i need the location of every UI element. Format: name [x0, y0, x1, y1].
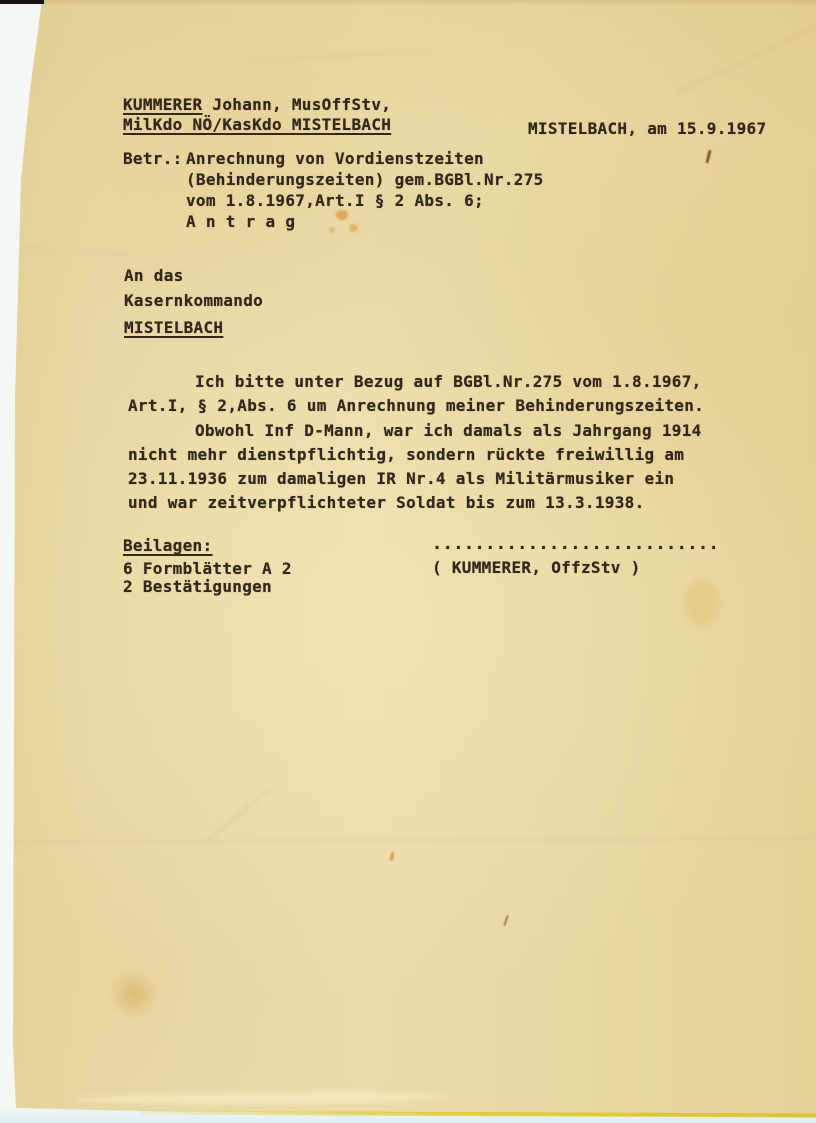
paper-crease: [250, 50, 430, 61]
recipient-line: Kasernkommando: [124, 291, 263, 311]
body-line: Art.I, § 2,Abs. 6 um Anrechnung meiner B…: [128, 396, 704, 416]
stain: [349, 224, 358, 232]
sender-line: KUMMERER Johann, MusOffStv,: [123, 95, 391, 115]
stain: [336, 210, 348, 220]
body-line: 23.11.1936 zum damaligen IR Nr.4 als Mil…: [128, 469, 674, 489]
paper-curl-highlight: [70, 1090, 450, 1105]
stain: [685, 580, 719, 626]
enclosure-item: 6 Formblätter A 2: [123, 559, 292, 579]
subject-line: Anrechnung von Vordienstzeiten: [186, 149, 484, 169]
stain: [329, 227, 335, 233]
subject-label: Betr.:: [123, 149, 183, 169]
subject-antrag-line: A n t r a g: [186, 212, 295, 232]
paper-crease: [204, 788, 270, 844]
enclosure-item: 2 Bestätigungen: [123, 577, 272, 597]
subject-line: vom 1.8.1967,Art.I § 2 Abs. 6;: [186, 191, 484, 211]
body-line: nicht mehr dienstpflichtig, sondern rück…: [128, 445, 684, 465]
recipient-place: MISTELBACH: [124, 318, 223, 338]
stain: [110, 968, 158, 1020]
enclosures-label: Beilagen:: [123, 536, 212, 556]
subject-line: (Behinderungszeiten) gem.BGBl.Nr.275: [186, 170, 544, 190]
pen-tick-mark: [705, 150, 711, 163]
sender-name-rest: Johann, MusOffStv,: [202, 95, 391, 114]
sender-surname: KUMMERER: [123, 95, 202, 114]
paper-crease: [0, 838, 816, 846]
signature-dotted-line: ...........................: [432, 534, 719, 554]
paper-crease: [678, 19, 816, 93]
body-line: Obwohl Inf D-Mann, war ich damals als Ja…: [195, 421, 702, 441]
paper-sheet: KUMMERER Johann, MusOffStv, MilKdo NÖ/Ka…: [0, 0, 816, 1123]
body-line: und war zeitverpflichteter Soldat bis zu…: [128, 493, 645, 513]
recipient-line: An das: [124, 266, 184, 286]
signature-name: ( KUMMERER, OffzStv ): [432, 558, 641, 578]
stain: [389, 852, 395, 862]
body-line: Ich bitte unter Bezug auf BGBl.Nr.275 vo…: [195, 372, 702, 392]
sender-unit-line: MilKdo NÖ/KasKdo MISTELBACH: [123, 115, 391, 135]
place-date-line: MISTELBACH, am 15.9.1967: [528, 119, 766, 139]
pen-tick-mark: [503, 915, 508, 926]
scan-edge-mark: [0, 0, 44, 4]
scanned-document: KUMMERER Johann, MusOffStv, MilKdo NÖ/Ka…: [0, 0, 816, 1123]
paper-crease: [8, 244, 138, 258]
